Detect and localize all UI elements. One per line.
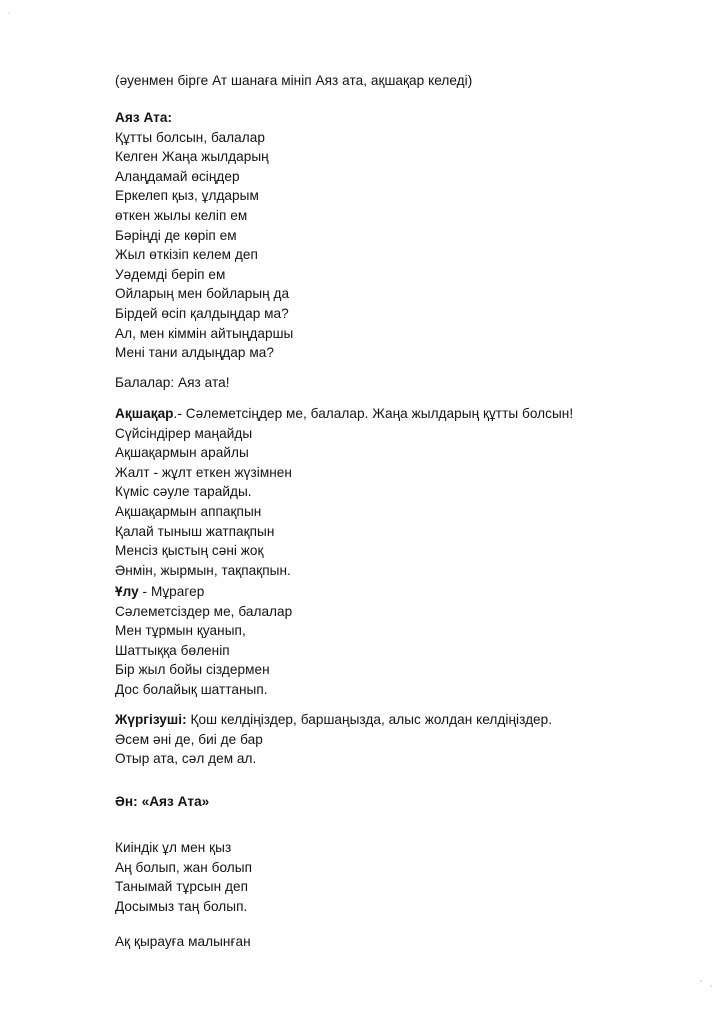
verse-line: Күміс сәуле тарайды. [115,482,573,502]
speaker-driver: Жүргізуші: [115,712,187,727]
akshakar-section: Ақшақар.- Сәлеметсіңдер ме, балалар. Жаң… [115,404,573,580]
song-line: Киіндік ұл мен қыз [115,838,252,858]
song-line: Ақ қырауға малынған [115,932,251,952]
song-line: Аң болып, жан болып [115,858,252,878]
verse-line: Әнмін, жырмын, тақпақпын. [115,561,573,581]
verse-line: Жалт - жұлт еткен жүзімнен [115,463,573,483]
verse-line: Ақшақармын арайлы [115,443,573,463]
verse-line: өткен жылы келіп ем [115,206,293,226]
verse-line: Ал, мен кіммін айтыңдаршы [115,324,293,344]
speaker-ulu: Ұлу [115,584,139,599]
children-reply: Балалар: Аяз ата! [115,373,230,393]
verse-line: Мені тани алдыңдар ма? [115,343,293,363]
verse-line: Уәдемді беріп ем [115,265,293,285]
ulu-role: - Мұрагер [139,584,205,599]
driver-speech-line: Жүргізуші: Қош келдіңіздер, баршаңызда, … [115,710,552,730]
verse-line: Ақшақармын аппақпын [115,502,573,522]
verse-line: Құтты болсын, балалар [115,128,293,148]
verse-line: Қалай тыныш жатпақпын [115,522,573,542]
verse-line: Жыл өткізіп келем деп [115,245,293,265]
song-line: Танымай тұрсын деп [115,877,252,897]
song-title: Ән: «Аяз Ата» [115,792,209,812]
verse-line: Шаттыққа бөленіп [115,641,292,661]
verse-line: Әсем әні де, биі де бар [115,730,552,750]
driver-section: Жүргізуші: Қош келдіңіздер, баршаңызда, … [115,710,552,769]
driver-speech: Қош келдіңіздер, баршаңызда, алыс жолдан… [187,712,552,727]
song-title-section: Ән: «Аяз Ата» [115,792,209,812]
stage-direction: (әуенмен бірге Ат шанаға мініп Аяз ата, … [115,71,472,91]
song-verse-2: Ақ қырауға малынған [115,932,251,952]
song-verse-1: Киіндік ұл мен қыз Аң болып, жан болып Т… [115,838,252,916]
verse-line: Сәлеметсіздер ме, балалар [115,602,292,622]
verse-line: Ойларың мен бойларың да [115,284,293,304]
ulu-heading: Ұлу - Мұрагер [115,582,292,602]
verse-line: Бірдей өсіп қалдыңдар ма? [115,304,293,324]
children-reply-section: Балалар: Аяз ата! [115,373,230,393]
verse-line: Алаңдамай өсіңдер [115,167,293,187]
akshakar-speech-line: Ақшақар.- Сәлеметсіңдер ме, балалар. Жаң… [115,404,573,424]
scan-speck [8,12,10,14]
akshakar-speech: .- Сәлеметсіңдер ме, балалар. Жаңа жылда… [174,406,574,421]
verse-line: Бір жыл бойы сіздермен [115,660,292,680]
verse-line: Бәріңді де көріп ем [115,226,293,246]
scanned-page: (әуенмен бірге Ат шанаға мініп Аяз ата, … [0,0,724,1024]
stage-direction-text: (әуенмен бірге Ат шанаға мініп Аяз ата, … [115,71,472,91]
verse-line: Дос болайық шаттанып. [115,680,292,700]
verse-line: Отыр ата, сәл дем ал. [115,749,552,769]
speaker-akshakar: Ақшақар [115,406,174,421]
ulu-section: Ұлу - Мұрагер Сәлеметсіздер ме, балалар … [115,582,292,700]
speaker-ayaz-ata: Аяз Ата: [115,108,293,128]
verse-line: Мен тұрмын қуанып, [115,621,292,641]
verse-line: Еркелеп қыз, ұлдарым [115,186,293,206]
scan-speck [700,980,702,982]
scan-speck [710,985,712,987]
verse-line: Менсіз қыстың сәні жоқ [115,541,573,561]
ayaz-ata-section: Аяз Ата: Құтты болсын, балалар Келген Жа… [115,108,293,363]
verse-line: Келген Жаңа жылдарың [115,147,293,167]
song-line: Досымыз таң болып. [115,897,252,917]
verse-line: Сүйсіндірер маңайды [115,424,573,444]
